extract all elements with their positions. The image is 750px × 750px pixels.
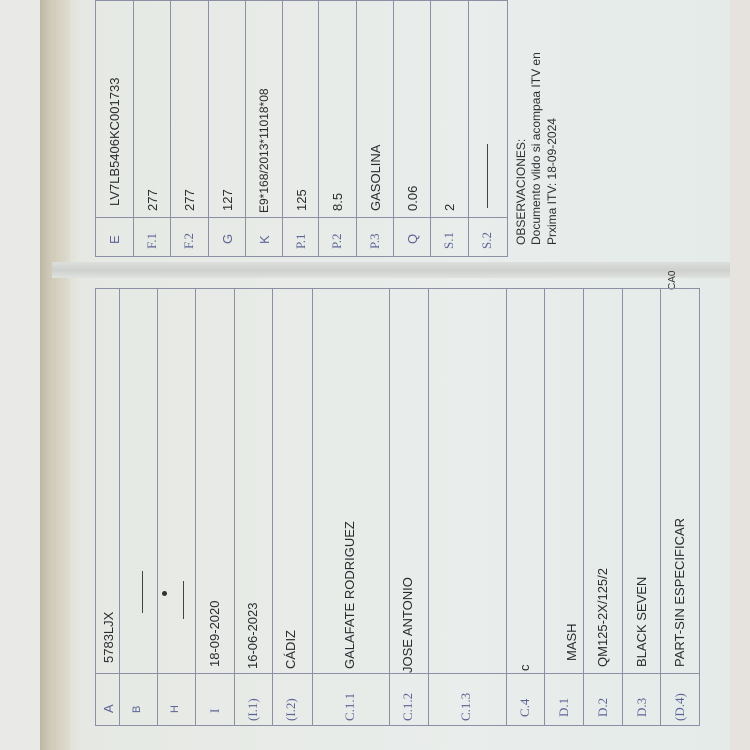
row-code: P.2 (330, 233, 343, 249)
row-code: D.2 (596, 698, 609, 717)
empty-value-line (142, 571, 143, 613)
row-code: (D.4) (673, 693, 686, 721)
table-row-i1: (I.1) 16-06-2023 (235, 289, 273, 725)
row-value: 125 (295, 189, 308, 211)
worn-paper-edge (40, 0, 70, 750)
row-code: D.3 (635, 698, 648, 717)
table-row-c13: C.1.3 (429, 289, 507, 725)
row-value: 8.5 (331, 193, 344, 211)
row-code: G (221, 234, 234, 244)
row-code: P.1 (294, 233, 307, 249)
row-code: (I.2) (284, 698, 297, 721)
right-margin (730, 0, 750, 750)
code-column-divider (96, 673, 699, 674)
row-value: 18-09-2020 (208, 601, 221, 668)
row-value: 127 (221, 189, 234, 211)
row-value: c (518, 665, 531, 672)
row-value: GASOLINA (369, 145, 382, 211)
row-code: C.4 (518, 699, 531, 717)
table-row-i2: (I.2) CÁDIZ (273, 289, 313, 725)
table-row-c11: C.1.1 GALAFATE RODRIGUEZ (313, 289, 390, 725)
table-row-d1: D.1 MASH (545, 289, 584, 725)
row-code: P.3 (368, 233, 381, 249)
table-row-d2: D.2 QM125-2X/125/2 (584, 289, 623, 725)
table-row-c12: C.1.2 JOSE ANTONIO (390, 289, 429, 725)
row-value: PART-SIN ESPECIFICAR (673, 518, 686, 667)
code-column-divider (96, 217, 507, 218)
row-code: D.1 (557, 698, 570, 717)
row-value: LV7LB5406KC001733 (108, 78, 121, 206)
row-code: C.1.3 (459, 693, 472, 721)
row-code: S.1 (442, 232, 455, 249)
paper-fold (52, 262, 742, 278)
row-value: BLACK SEVEN (635, 577, 648, 667)
row-value: QM125-2X/125/2 (596, 568, 609, 667)
row-code: K (258, 235, 271, 244)
row-value: E9*168/2013*11018*08 (258, 88, 270, 213)
table-row-d4: (D.4) PART-SIN ESPECIFICAR (661, 289, 699, 725)
row-value: MASH (565, 623, 578, 661)
row-value: 2 (443, 204, 456, 211)
empty-value-line (183, 581, 184, 619)
row-value: 277 (146, 189, 159, 211)
row-value: 5783LJX (102, 612, 115, 663)
table-row-a: A 5783LJX (96, 289, 120, 725)
row-code: F.1 (145, 233, 158, 249)
table-row-i: I 18-09-2020 (196, 289, 235, 725)
row-code: (I.1) (246, 698, 259, 721)
row-code: I (208, 709, 221, 713)
row-code: B (132, 706, 143, 713)
table-row-b: B (120, 289, 158, 725)
row-value: 277 (183, 189, 196, 211)
row-value: 16-06-2023 (246, 603, 259, 670)
observations-line-2: Prxima ITV: 18-09-2024 (545, 118, 559, 245)
registration-table: A 5783LJX B H I 18-09-2020 (I.1) 16-06-2… (95, 288, 700, 726)
row-code: Q (406, 234, 419, 244)
row-code: F.2 (182, 233, 195, 249)
row-code: S.2 (480, 232, 493, 249)
observations-title: OBSERVACIONES: (514, 139, 528, 245)
vehicle-data-table: E LV7LB5406KC001733 F.1 277 F.2 277 G 12… (95, 0, 508, 257)
row-value: 0.06 (406, 186, 419, 211)
row-code: C.1.1 (343, 693, 356, 721)
row-code: H (170, 705, 181, 713)
row-value: CÁDIZ (284, 630, 297, 669)
row-value: JOSE ANTONIO (401, 577, 414, 673)
table-row-d3: D.3 BLACK SEVEN (623, 289, 661, 725)
row-code: E (108, 235, 121, 244)
row-value: GALAFATE RODRIGUEZ (343, 521, 356, 669)
row-code: A (102, 704, 115, 713)
table-row-h: H (158, 289, 196, 725)
table-row-c4: C.4 c (507, 289, 545, 725)
observations-line-1: Documento vlido si acompaa ITV en (529, 52, 543, 245)
ink-spot (162, 591, 167, 596)
empty-value-line (487, 144, 488, 208)
row-code: C.1.2 (401, 693, 414, 721)
